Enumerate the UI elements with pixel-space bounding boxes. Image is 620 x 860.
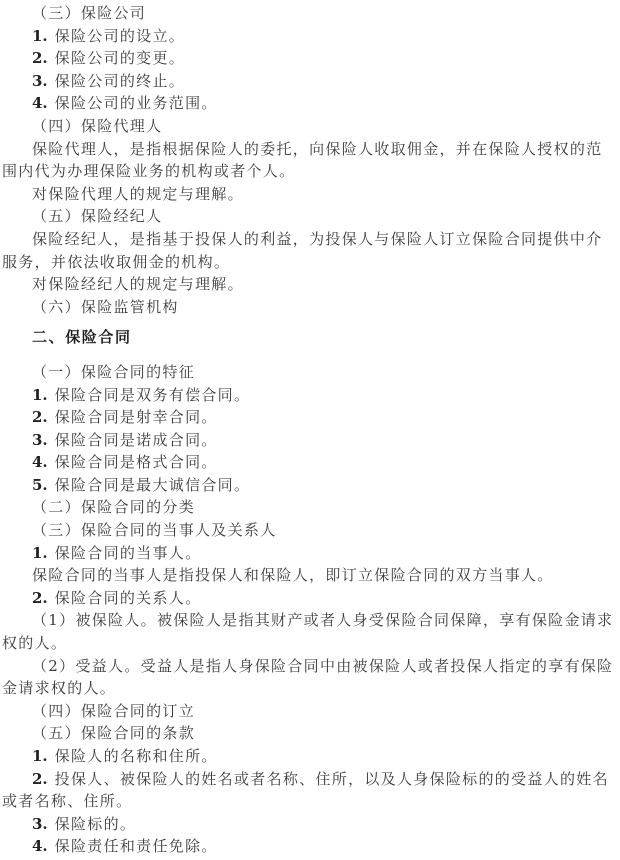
item-text: 保险公司的业务范围。: [55, 94, 218, 112]
outline-item-line: （六）保险监管机构: [2, 296, 618, 319]
outline-item-line: 4.保险合同是格式合同。: [2, 451, 618, 474]
outline-item-line: （四）保险代理人: [2, 115, 618, 138]
outline-item-line: 2.保险公司的变更。: [2, 47, 618, 70]
item-text: 投保人、被保险人的姓名或者名称、住所，以及人身保险标的的受益人的姓名: [55, 770, 609, 788]
item-number: 1.: [32, 544, 48, 562]
item-number: 2.: [32, 770, 48, 788]
item-number: 4.: [32, 94, 48, 112]
wrapped-text-line: 服务，并依法收取佣金的机构。: [2, 251, 618, 274]
outline-item-line: 5.保险合同是最大诚信合同。: [2, 474, 618, 497]
outline-item-line: 保险经纪人，是指基于投保人的利益，为投保人与保险人订立保险合同提供中介: [2, 228, 618, 251]
item-number: 2.: [32, 408, 48, 426]
outline-item-line: 1.保险人的名称和住所。: [2, 745, 618, 768]
outline-item-line: 4.保险公司的业务范围。: [2, 92, 618, 115]
item-number: 1.: [32, 386, 48, 404]
outline-item-line: 2.保险合同是射幸合同。: [2, 406, 618, 429]
item-number: 1.: [32, 27, 48, 45]
outline-item-line: （三）保险公司: [2, 2, 618, 25]
wrapped-text-line: 金请求权的人。: [2, 677, 618, 700]
outline-item-line: 2.投保人、被保险人的姓名或者名称、住所，以及人身保险标的的受益人的姓名: [2, 768, 618, 791]
item-number: 2.: [32, 49, 48, 67]
item-number: 5.: [32, 476, 48, 494]
outline-item-line: 对保险经纪人的规定与理解。: [2, 273, 618, 296]
outline-item-line: （四）保险合同的订立: [2, 700, 618, 723]
item-text: 保险合同是格式合同。: [55, 453, 218, 471]
outline-item-line: 1.保险合同是双务有偿合同。: [2, 384, 618, 407]
document-body: （三）保险公司1.保险公司的设立。2.保险公司的变更。3.保险公司的终止。4.保…: [2, 2, 618, 858]
item-text: 保险合同是双务有偿合同。: [55, 386, 251, 404]
outline-item-line: 3.保险合同是诺成合同。: [2, 429, 618, 452]
wrapped-text-line: 或者名称、住所。: [2, 790, 618, 813]
item-text: 保险合同的当事人。: [55, 544, 202, 562]
outline-item-line: （三）保险合同的当事人及关系人: [2, 519, 618, 542]
item-text: 保险合同是射幸合同。: [55, 408, 218, 426]
item-number: 4.: [32, 837, 48, 855]
outline-item-line: （一）保险合同的特征: [2, 361, 618, 384]
item-number: 3.: [32, 815, 48, 833]
outline-item-line: （二）保险合同的分类: [2, 496, 618, 519]
item-text: 保险责任和责任免除。: [55, 837, 218, 855]
item-text: 保险合同的关系人。: [55, 589, 202, 607]
item-number: 2.: [32, 589, 48, 607]
wrapped-text-line: 围内代为办理保险业务的机构或者个人。: [2, 160, 618, 183]
document-page: （三）保险公司1.保险公司的设立。2.保险公司的变更。3.保险公司的终止。4.保…: [0, 0, 620, 860]
outline-item-line: 3.保险公司的终止。: [2, 70, 618, 93]
outline-item-line: （1）被保险人。被保险人是指其财产或者人身受保险合同保障，享有保险金请求: [2, 609, 618, 632]
item-text: 保险合同是诺成合同。: [55, 431, 218, 449]
item-text: 保险公司的变更。: [55, 49, 185, 67]
outline-item-line: （五）保险经纪人: [2, 205, 618, 228]
item-text: 保险合同是最大诚信合同。: [55, 476, 251, 494]
item-number: 1.: [32, 747, 48, 765]
item-text: 保险人的名称和住所。: [55, 747, 218, 765]
item-text: 保险标的。: [55, 815, 137, 833]
wrapped-text-line: 权的人。: [2, 632, 618, 655]
outline-item-line: 3.保险标的。: [2, 813, 618, 836]
section-heading: 二、保险合同: [2, 327, 618, 350]
outline-item-line: 保险代理人，是指根据保险人的委托，向保险人收取佣金，并在保险人授权的范: [2, 138, 618, 161]
outline-item-line: 1.保险公司的设立。: [2, 25, 618, 48]
outline-item-line: 4.保险责任和责任免除。: [2, 835, 618, 858]
item-text: 保险公司的设立。: [55, 27, 185, 45]
item-number: 4.: [32, 453, 48, 471]
outline-item-line: 2.保险合同的关系人。: [2, 587, 618, 610]
item-number: 3.: [32, 431, 48, 449]
item-number: 3.: [32, 72, 48, 90]
outline-item-line: （五）保险合同的条款: [2, 722, 618, 745]
outline-item-line: 对保险代理人的规定与理解。: [2, 183, 618, 206]
outline-item-line: （2）受益人。受益人是指人身保险合同中由被保险人或者投保人指定的享有保险: [2, 655, 618, 678]
item-text: 保险公司的终止。: [55, 72, 185, 90]
outline-item-line: 保险合同的当事人是指投保人和保险人，即订立保险合同的双方当事人。: [2, 564, 618, 587]
outline-item-line: 1.保险合同的当事人。: [2, 542, 618, 565]
